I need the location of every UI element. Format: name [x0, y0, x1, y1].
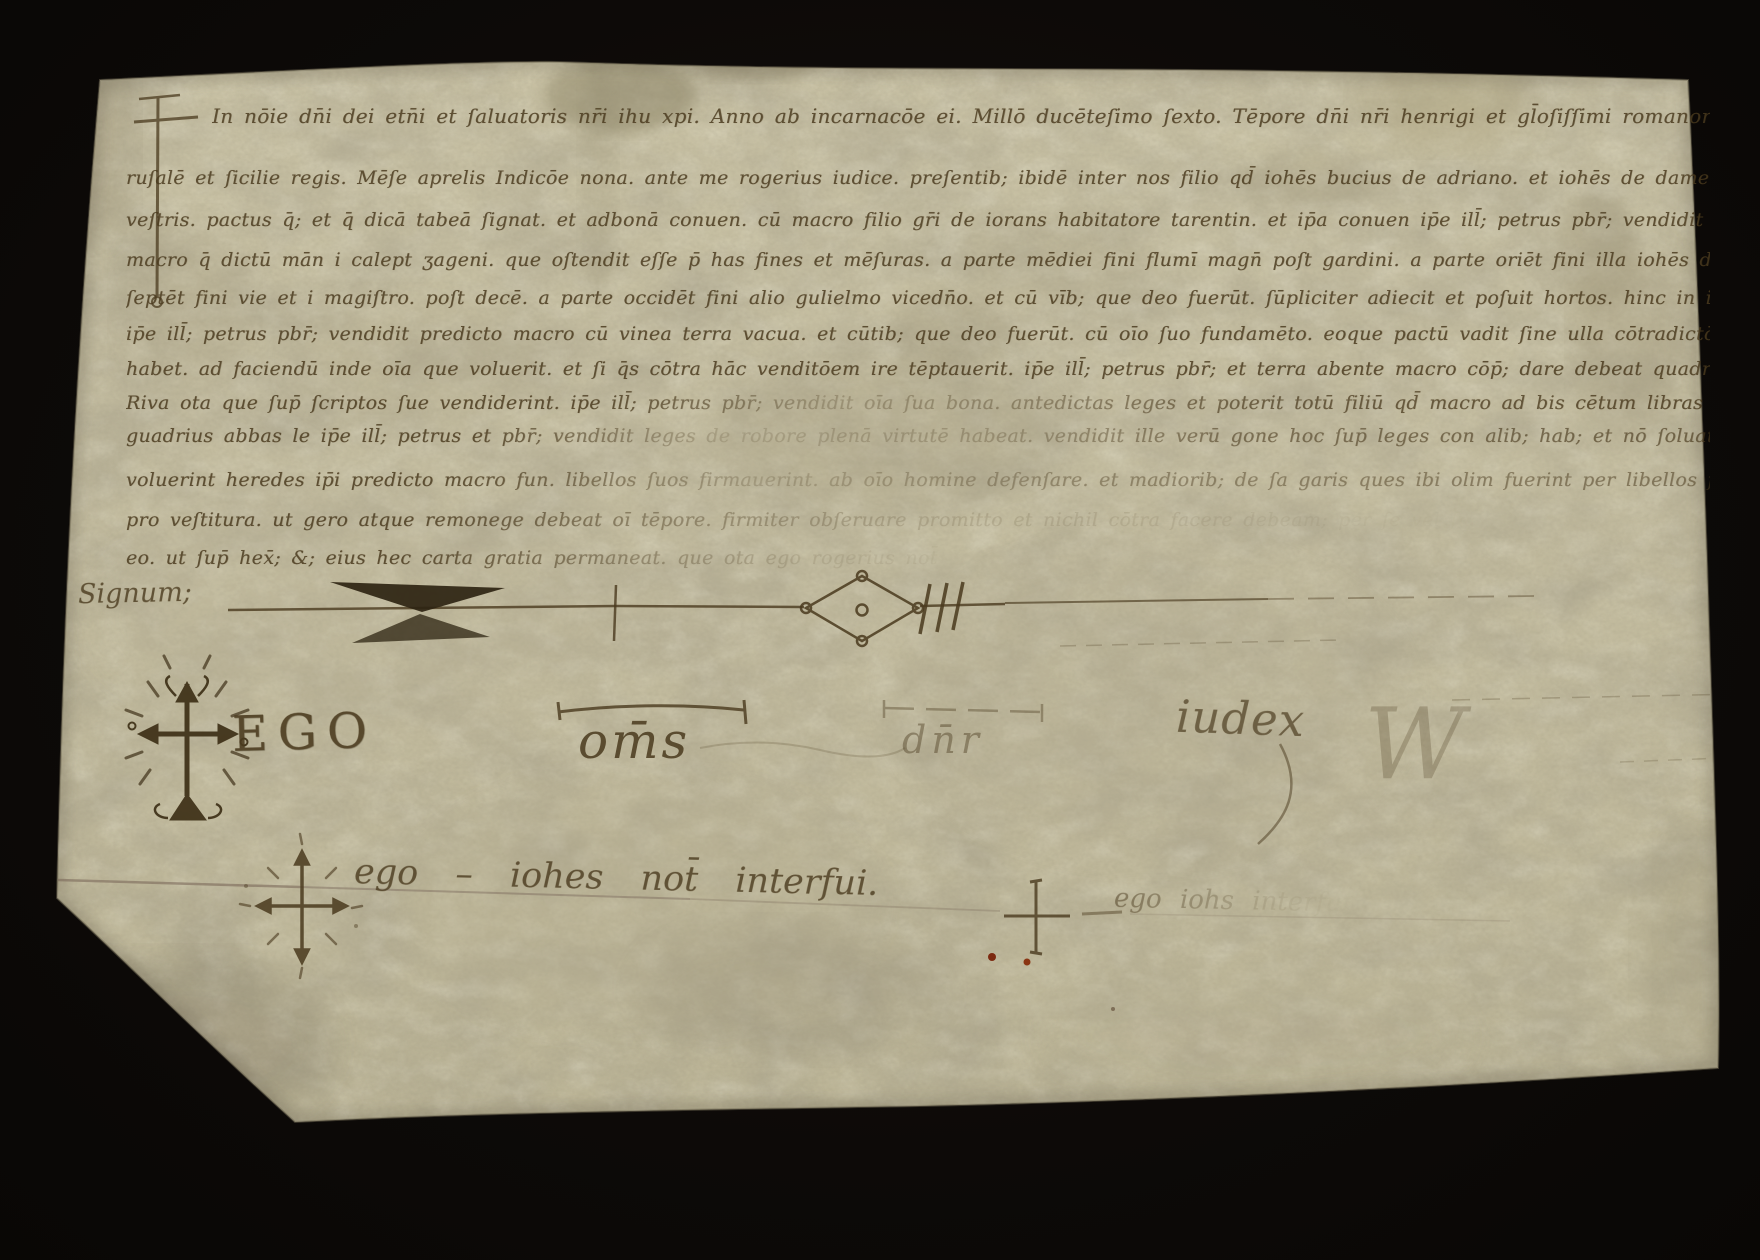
- photograph-background: In nōie dn̄i dei etn̄i et ſaluatoris nr̄…: [0, 0, 1760, 1260]
- ego-large-word: EGO: [231, 702, 378, 763]
- manuscript-line: pro veſtitura. ut gero atque remonege de…: [126, 502, 1710, 542]
- manuscript-line: ruſalē et ſicilie regis. Mēſe aprelis In…: [126, 160, 1710, 200]
- manuscript-line: eo. ut ſup̄ hex̄; &; eius hec carta grat…: [126, 540, 1226, 580]
- manuscript-line: ſeptēt fini vie et i magiſtro. poſt decē…: [126, 280, 1710, 320]
- manuscript-line: voluerint heredes ip̄i predicto macro fu…: [126, 462, 1710, 502]
- omns-abbreviation: om̄s: [578, 712, 690, 770]
- manuscript-line: veſtris. pactus q̄; et q̄ dicā tabeā ſig…: [126, 202, 1710, 242]
- witness-subscription: ego ioh̄s interfui: [1114, 884, 1351, 919]
- manuscript-line: macro q̄ dictū mān i calept ʒageni. que …: [126, 242, 1710, 282]
- w-flourish-word: W: [1364, 688, 1465, 802]
- iudex-word: iudex: [1175, 690, 1306, 747]
- signum-label: Signum;: [78, 577, 193, 610]
- manuscript-line: In nōie dn̄i dei etn̄i et ſaluatoris nr̄…: [212, 98, 1710, 138]
- manuscript-line: guadrius abbas le ip̄e ill̄; petrus et p…: [126, 418, 1710, 458]
- manuscript-line: ip̄e ill̄; petrus pbr̄; vendidit predict…: [126, 316, 1710, 356]
- dnr-faint-word: dn̄r: [902, 718, 984, 762]
